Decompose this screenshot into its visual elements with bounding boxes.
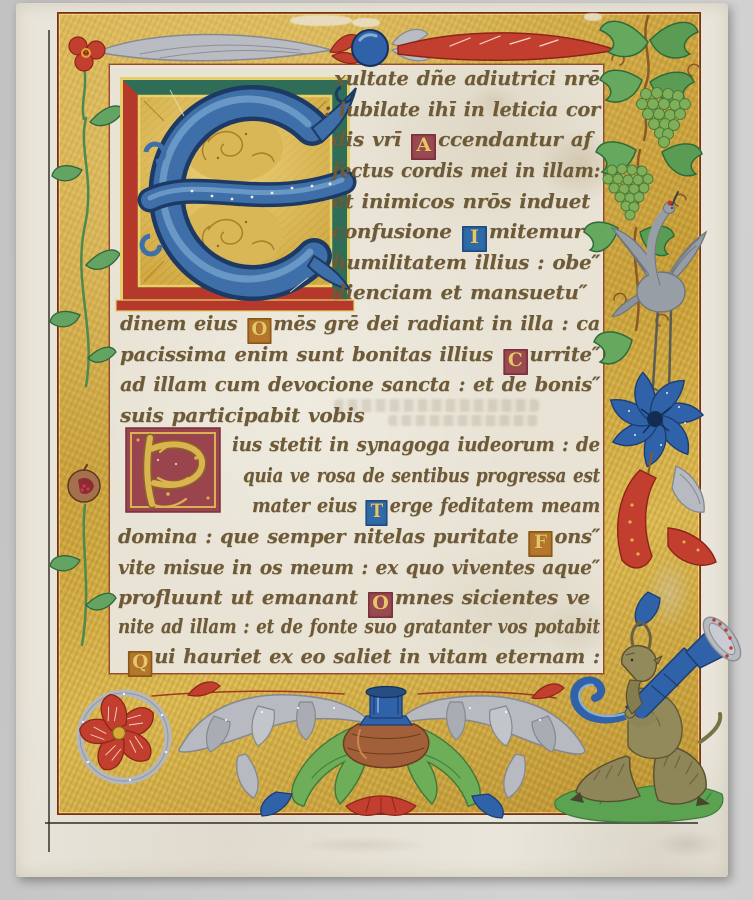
- text-line-a2: : iubilate ihī in leticia cor: [324, 97, 600, 121]
- text-line-a7: humilitatem illius : obe″: [332, 250, 600, 274]
- text-run: ui hauriet ex eo saliet in vitam eternam…: [154, 644, 600, 668]
- versal-initial-I: I: [462, 226, 487, 252]
- text-run: ad illam cum devocione sancta : et de bo…: [120, 372, 600, 396]
- text-run: ons″: [555, 524, 600, 548]
- text-run: et inimicos nrōs induet: [332, 189, 590, 213]
- text-run: mnes sicientes ve: [395, 585, 590, 609]
- versal-initial-O: O: [247, 318, 271, 344]
- text-line-a8: dienciam et mansuetu″: [332, 280, 587, 304]
- text-run: dis vrī: [332, 127, 409, 151]
- text-run: nite ad illam : et de fonte suo gratante…: [118, 614, 600, 638]
- text-line-a5: et inimicos nrōs induet: [332, 189, 590, 213]
- text-run: humilitatem illius : obe″: [332, 250, 600, 274]
- text-line-a11: ad illam cum devocione sancta : et de bo…: [120, 372, 600, 396]
- text-run: profluunt ut emanant: [118, 585, 366, 609]
- text-run: mitemur: [489, 219, 584, 243]
- photo-stage: xultate dñe adiutrici nrē: iubilate ihī …: [0, 0, 753, 900]
- text-run: domina : que semper nitelas puritate: [118, 524, 526, 548]
- text-line-a12: suis participabit vobis: [120, 403, 364, 427]
- text-line-b3: mater eius Terge feditatem meam: [252, 493, 600, 526]
- text-run: ius stetit in synagoga iudeorum : de: [232, 432, 600, 456]
- text-run: fectus cordis mei in illam:: [332, 158, 600, 182]
- text-line-b2: quia ve rosa de sentibus progressa est: [243, 463, 600, 487]
- text-run: ccendantur af: [438, 127, 592, 151]
- text-line-b4: domina : que semper nitelas puritate Fon…: [118, 524, 600, 557]
- text-line-a10: pacissima enim sunt bonitas illius Curri…: [120, 342, 600, 375]
- text-run: mēs grē dei radiant in illa : ca: [273, 311, 600, 335]
- text-line-a3: dis vrī Accendantur af: [332, 127, 592, 160]
- text-run: : iubilate ihī in leticia cor: [324, 97, 600, 121]
- versal-initial-T: T: [366, 500, 388, 526]
- text-line-a4: fectus cordis mei in illam:: [332, 158, 600, 182]
- text-run: dienciam et mansuetu″: [332, 280, 587, 304]
- text-run: mater eius: [252, 493, 364, 517]
- text-line-b7: nite ad illam : et de fonte suo gratante…: [118, 614, 600, 638]
- text-run: vite misue in os meum : ex quo viventes …: [118, 555, 600, 579]
- text-line-a1: xultate dñe adiutrici nrē: [334, 66, 600, 90]
- text-run: pacissima enim sunt bonitas illius: [120, 342, 501, 366]
- text-run: urrite″: [529, 342, 600, 366]
- text-run: xultate dñe adiutrici nrē: [334, 66, 600, 90]
- text-line-a6: confusione Imitemur: [332, 219, 584, 252]
- text-run: suis participabit vobis: [120, 403, 364, 427]
- manuscript-text-block: xultate dñe adiutrici nrē: iubilate ihī …: [0, 0, 753, 900]
- versal-initial-A: A: [411, 134, 436, 160]
- versal-initial-F: F: [528, 531, 552, 557]
- text-line-b5: vite misue in os meum : ex quo viventes …: [118, 555, 600, 579]
- text-line-b8: Qui hauriet ex eo saliet in vitam eterna…: [126, 644, 600, 677]
- text-run: quia ve rosa de sentibus progressa est: [243, 463, 600, 487]
- text-run: dinem eius: [120, 311, 245, 335]
- versal-initial-Q: Q: [128, 651, 152, 677]
- text-line-a9: dinem eius Omēs grē dei radiant in illa …: [120, 311, 600, 344]
- text-run: erge feditatem meam: [390, 493, 600, 517]
- text-run: confusione: [332, 219, 460, 243]
- text-line-b1: ius stetit in synagoga iudeorum : de: [232, 432, 600, 456]
